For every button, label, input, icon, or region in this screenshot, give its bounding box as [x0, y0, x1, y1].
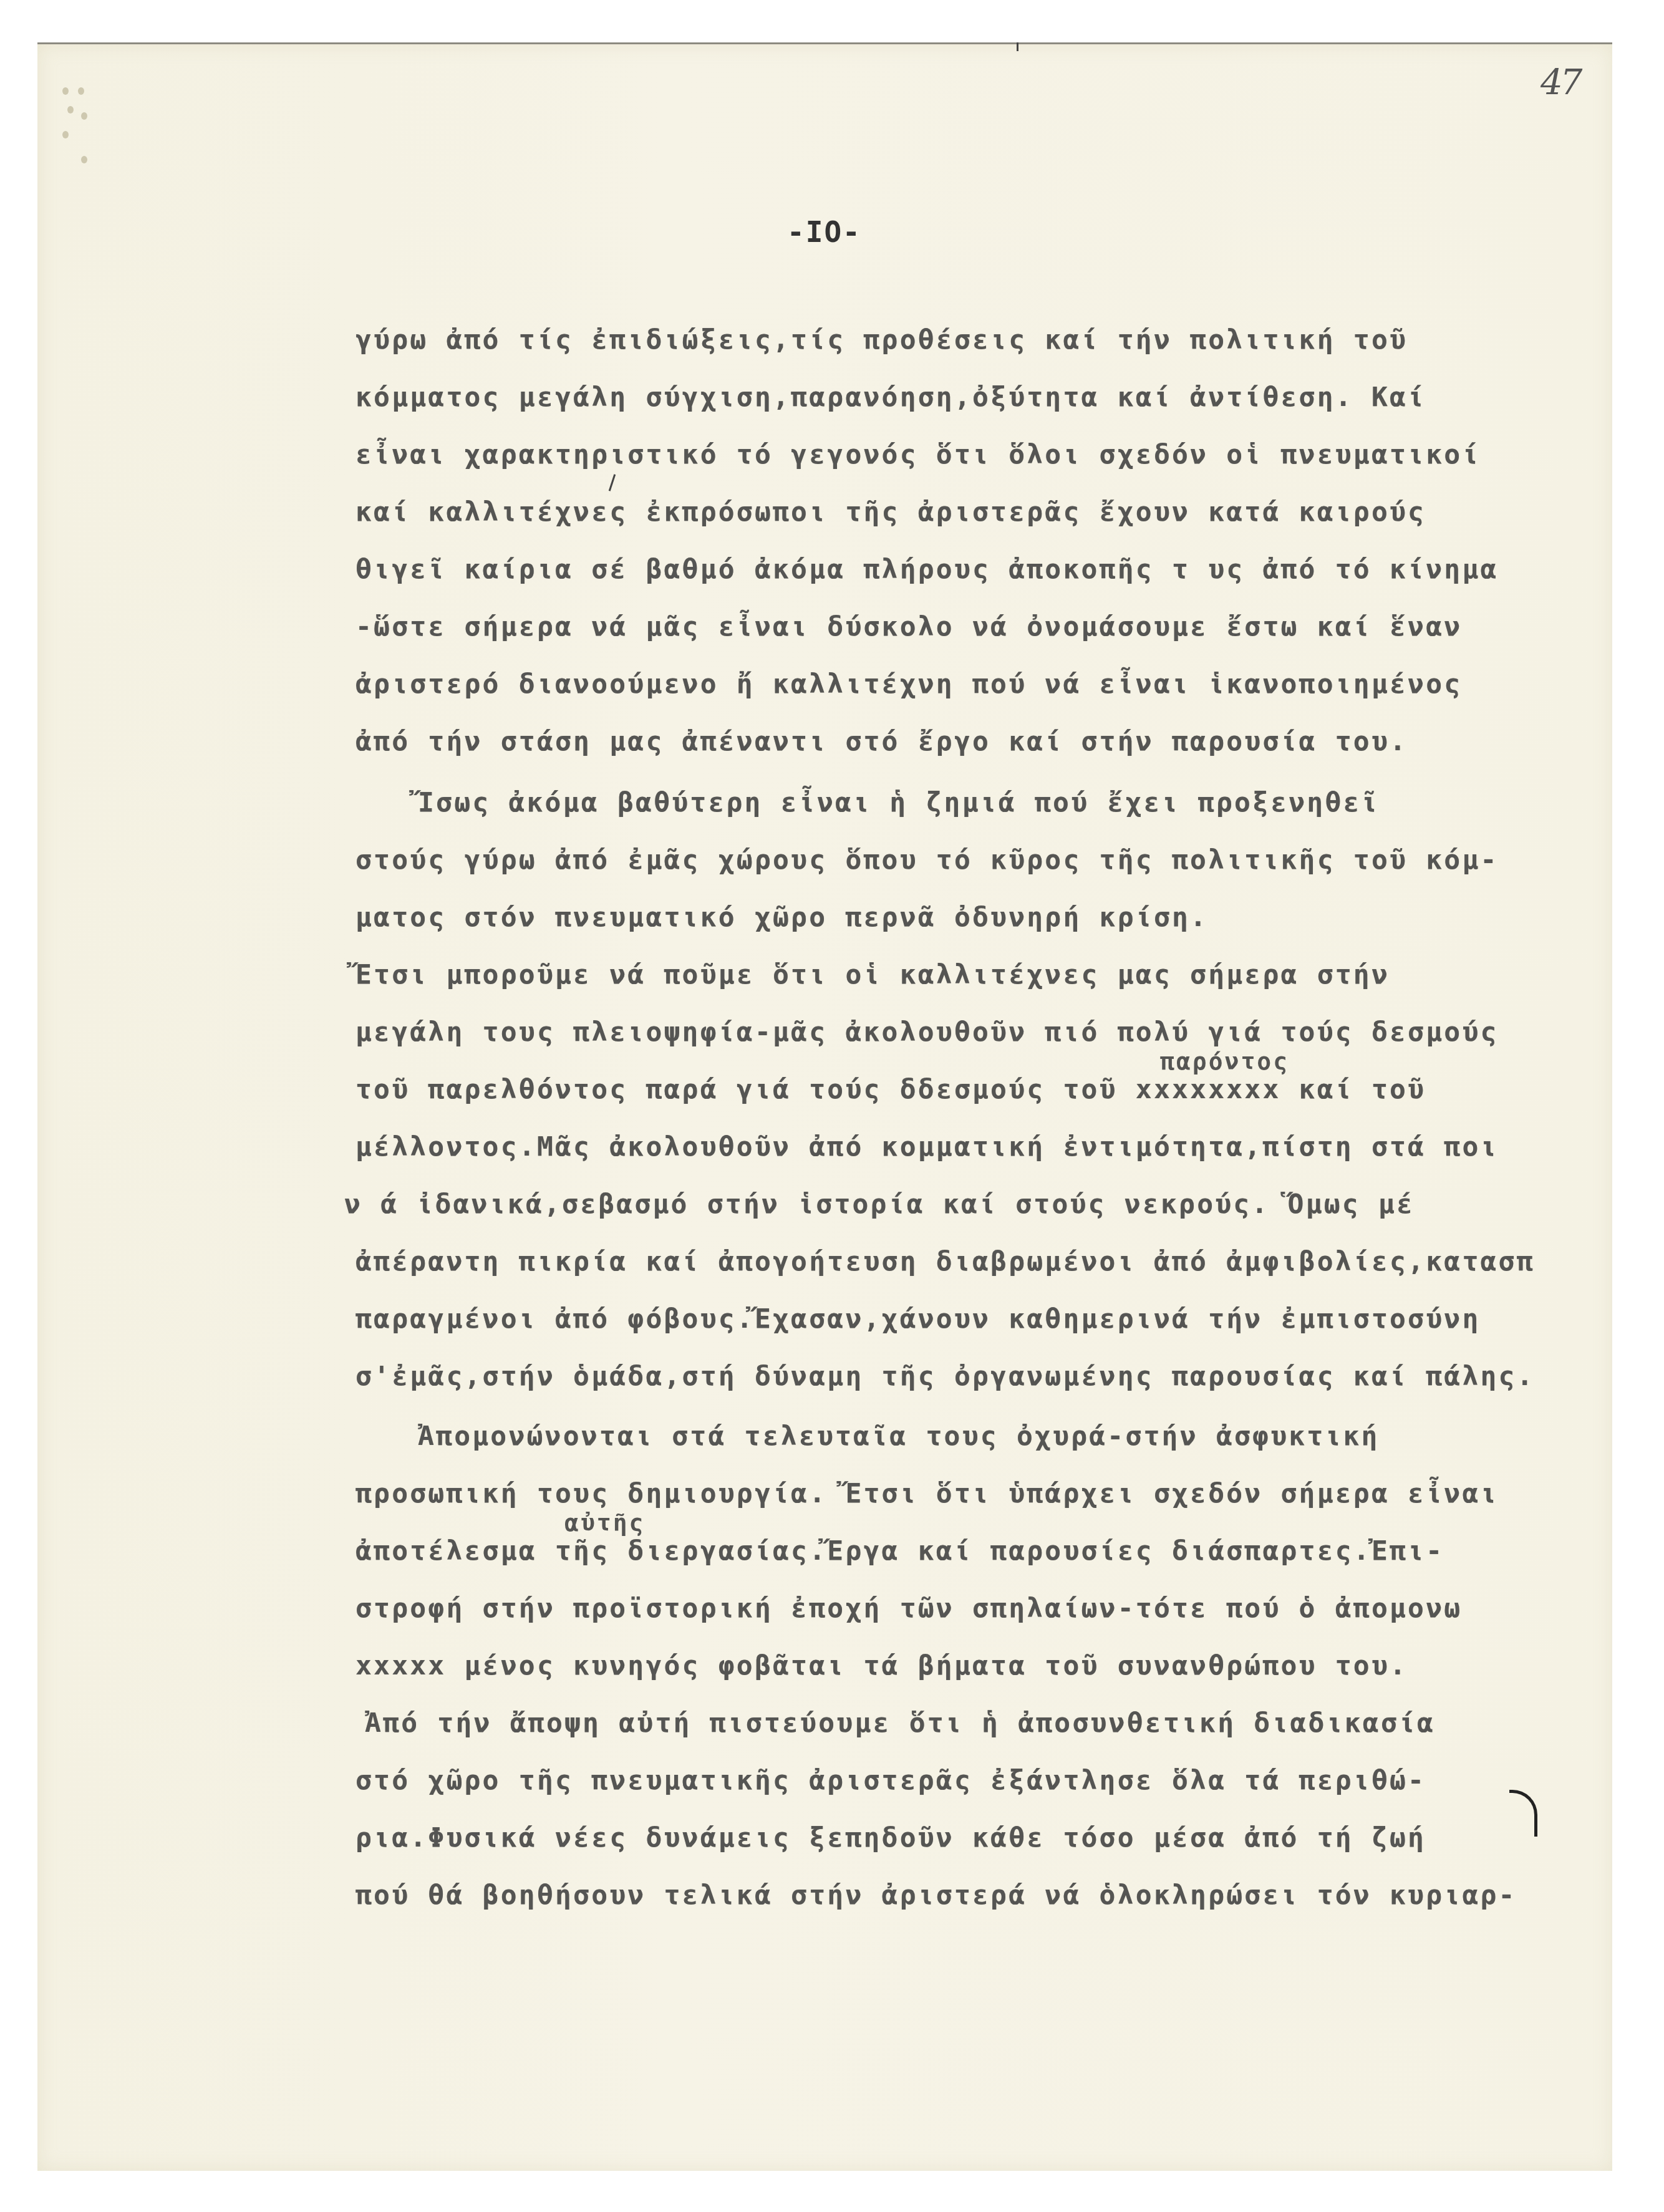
text-line: πού θά βοηθήσουν τελικά στήν ἀριστερά νά… — [356, 1880, 1517, 1911]
text-line: κόμματος μεγάλη σύγχιση,παρανόηση,ὀξύτητ… — [356, 382, 1426, 413]
text-line: γύρω ἀπό τίς ἐπιδιώξεις,τίς προθέσεις κα… — [356, 324, 1408, 355]
text-line: παραγμένοι ἀπό φόβους.Ἔχασαν,χάνουν καθη… — [356, 1303, 1480, 1335]
text-line: τοῦ παρελθόντος παρά γιά τούς δδεσμούς τ… — [356, 1074, 1426, 1105]
interlinear-insertion: αὐτῆς — [564, 1509, 645, 1537]
text-line: στροφή στήν προϊστορική ἐποχή τῶν σπηλαί… — [356, 1593, 1462, 1624]
text-line: σ'ἐμᾶς,στήν ὁμάδα,στή δύναμη τῆς ὀργανωμ… — [356, 1361, 1535, 1392]
text-line: ἀριστερό διανοούμενο ἤ καλλιτέχνη πού νά… — [356, 669, 1462, 700]
text-line: καί καλλιτέχνες ἐκπρόσωποι τῆς ἀριστερᾶς… — [356, 496, 1426, 528]
text-line: ματος στόν πνευματικό χῶρο περνᾶ ὀδυνηρή… — [356, 902, 1208, 933]
text-line: ἀπέραντη πικρία καί ἀπογοήτευση διαβρωμέ… — [356, 1246, 1535, 1277]
punch-hole — [67, 106, 74, 113]
punch-hole — [78, 87, 84, 95]
paper-tick-mark — [1017, 42, 1018, 51]
text-line: στούς γύρω ἀπό ἐμᾶς χώρους ὅπου τό κῦρος… — [356, 844, 1499, 876]
text-line: ἀποτέλεσμα τῆς διεργασίας.Ἔργα καί παρου… — [356, 1535, 1444, 1567]
text-line: στό χῶρο τῆς πνευματικῆς ἀριστερᾶς ἐξάντ… — [356, 1765, 1426, 1796]
text-line: xxxxx μένος κυνηγός φοβᾶται τά βήματα το… — [356, 1650, 1408, 1681]
punch-hole — [81, 156, 87, 163]
text-line: Ἀπομονώνονται στά τελευταῖα τους ὀχυρά-σ… — [418, 1421, 1380, 1452]
text-line: εἶναι χαρακτηριστικό τό γεγονός ὅτι ὅλοι… — [356, 439, 1480, 470]
handwritten-page-number: 47 — [1541, 62, 1580, 103]
punch-hole — [62, 131, 69, 138]
text-line: Ἔτσι μποροῦμε νά ποῦμε ὅτι οἱ καλλιτέχνε… — [356, 959, 1390, 990]
punch-hole — [62, 87, 69, 95]
text-line: ρια.Φυσικά νέες δυνάμεις ξεπηδοῦν κάθε τ… — [356, 1822, 1426, 1853]
punch-hole — [81, 112, 87, 120]
text-line: μεγάλη τους πλειοψηφία-μᾶς ἀκολουθοῦν πι… — [356, 1017, 1499, 1048]
text-line: θιγεῖ καίρια σέ βαθμό ἀκόμα πλήρους ἀποκ… — [356, 554, 1499, 585]
text-line: -ὥστε σήμερα νά μᾶς εἶναι δύσκολο νά ὀνο… — [356, 611, 1462, 642]
page-title: -IO- — [787, 215, 861, 249]
text-line: προσωπική τους δημιουργία. Ἔτσι ὅτι ὑπάρ… — [356, 1478, 1499, 1509]
punch-holes — [62, 87, 100, 212]
text-line: ν ά ἰδανικά,σεβασμό στήν ἱστορία καί στο… — [344, 1189, 1415, 1220]
text-line: μέλλοντος.Μᾶς ἀκολουθοῦν ἀπό κομματική ἐ… — [356, 1131, 1499, 1162]
text-line: Ἴσως ἀκόμα βαθύτερη εἶναι ἡ ζημιά πού ἔχ… — [418, 787, 1380, 818]
interlinear-insertion: παρόντος — [1160, 1048, 1289, 1075]
text-line: ἀπό τήν στάση μας ἀπέναντι στό ἔργο καί … — [356, 726, 1408, 757]
text-line: Ἀπό τήν ἄποψη αὐτή πιστεύουμε ὅτι ἡ ἀποσ… — [365, 1707, 1435, 1739]
